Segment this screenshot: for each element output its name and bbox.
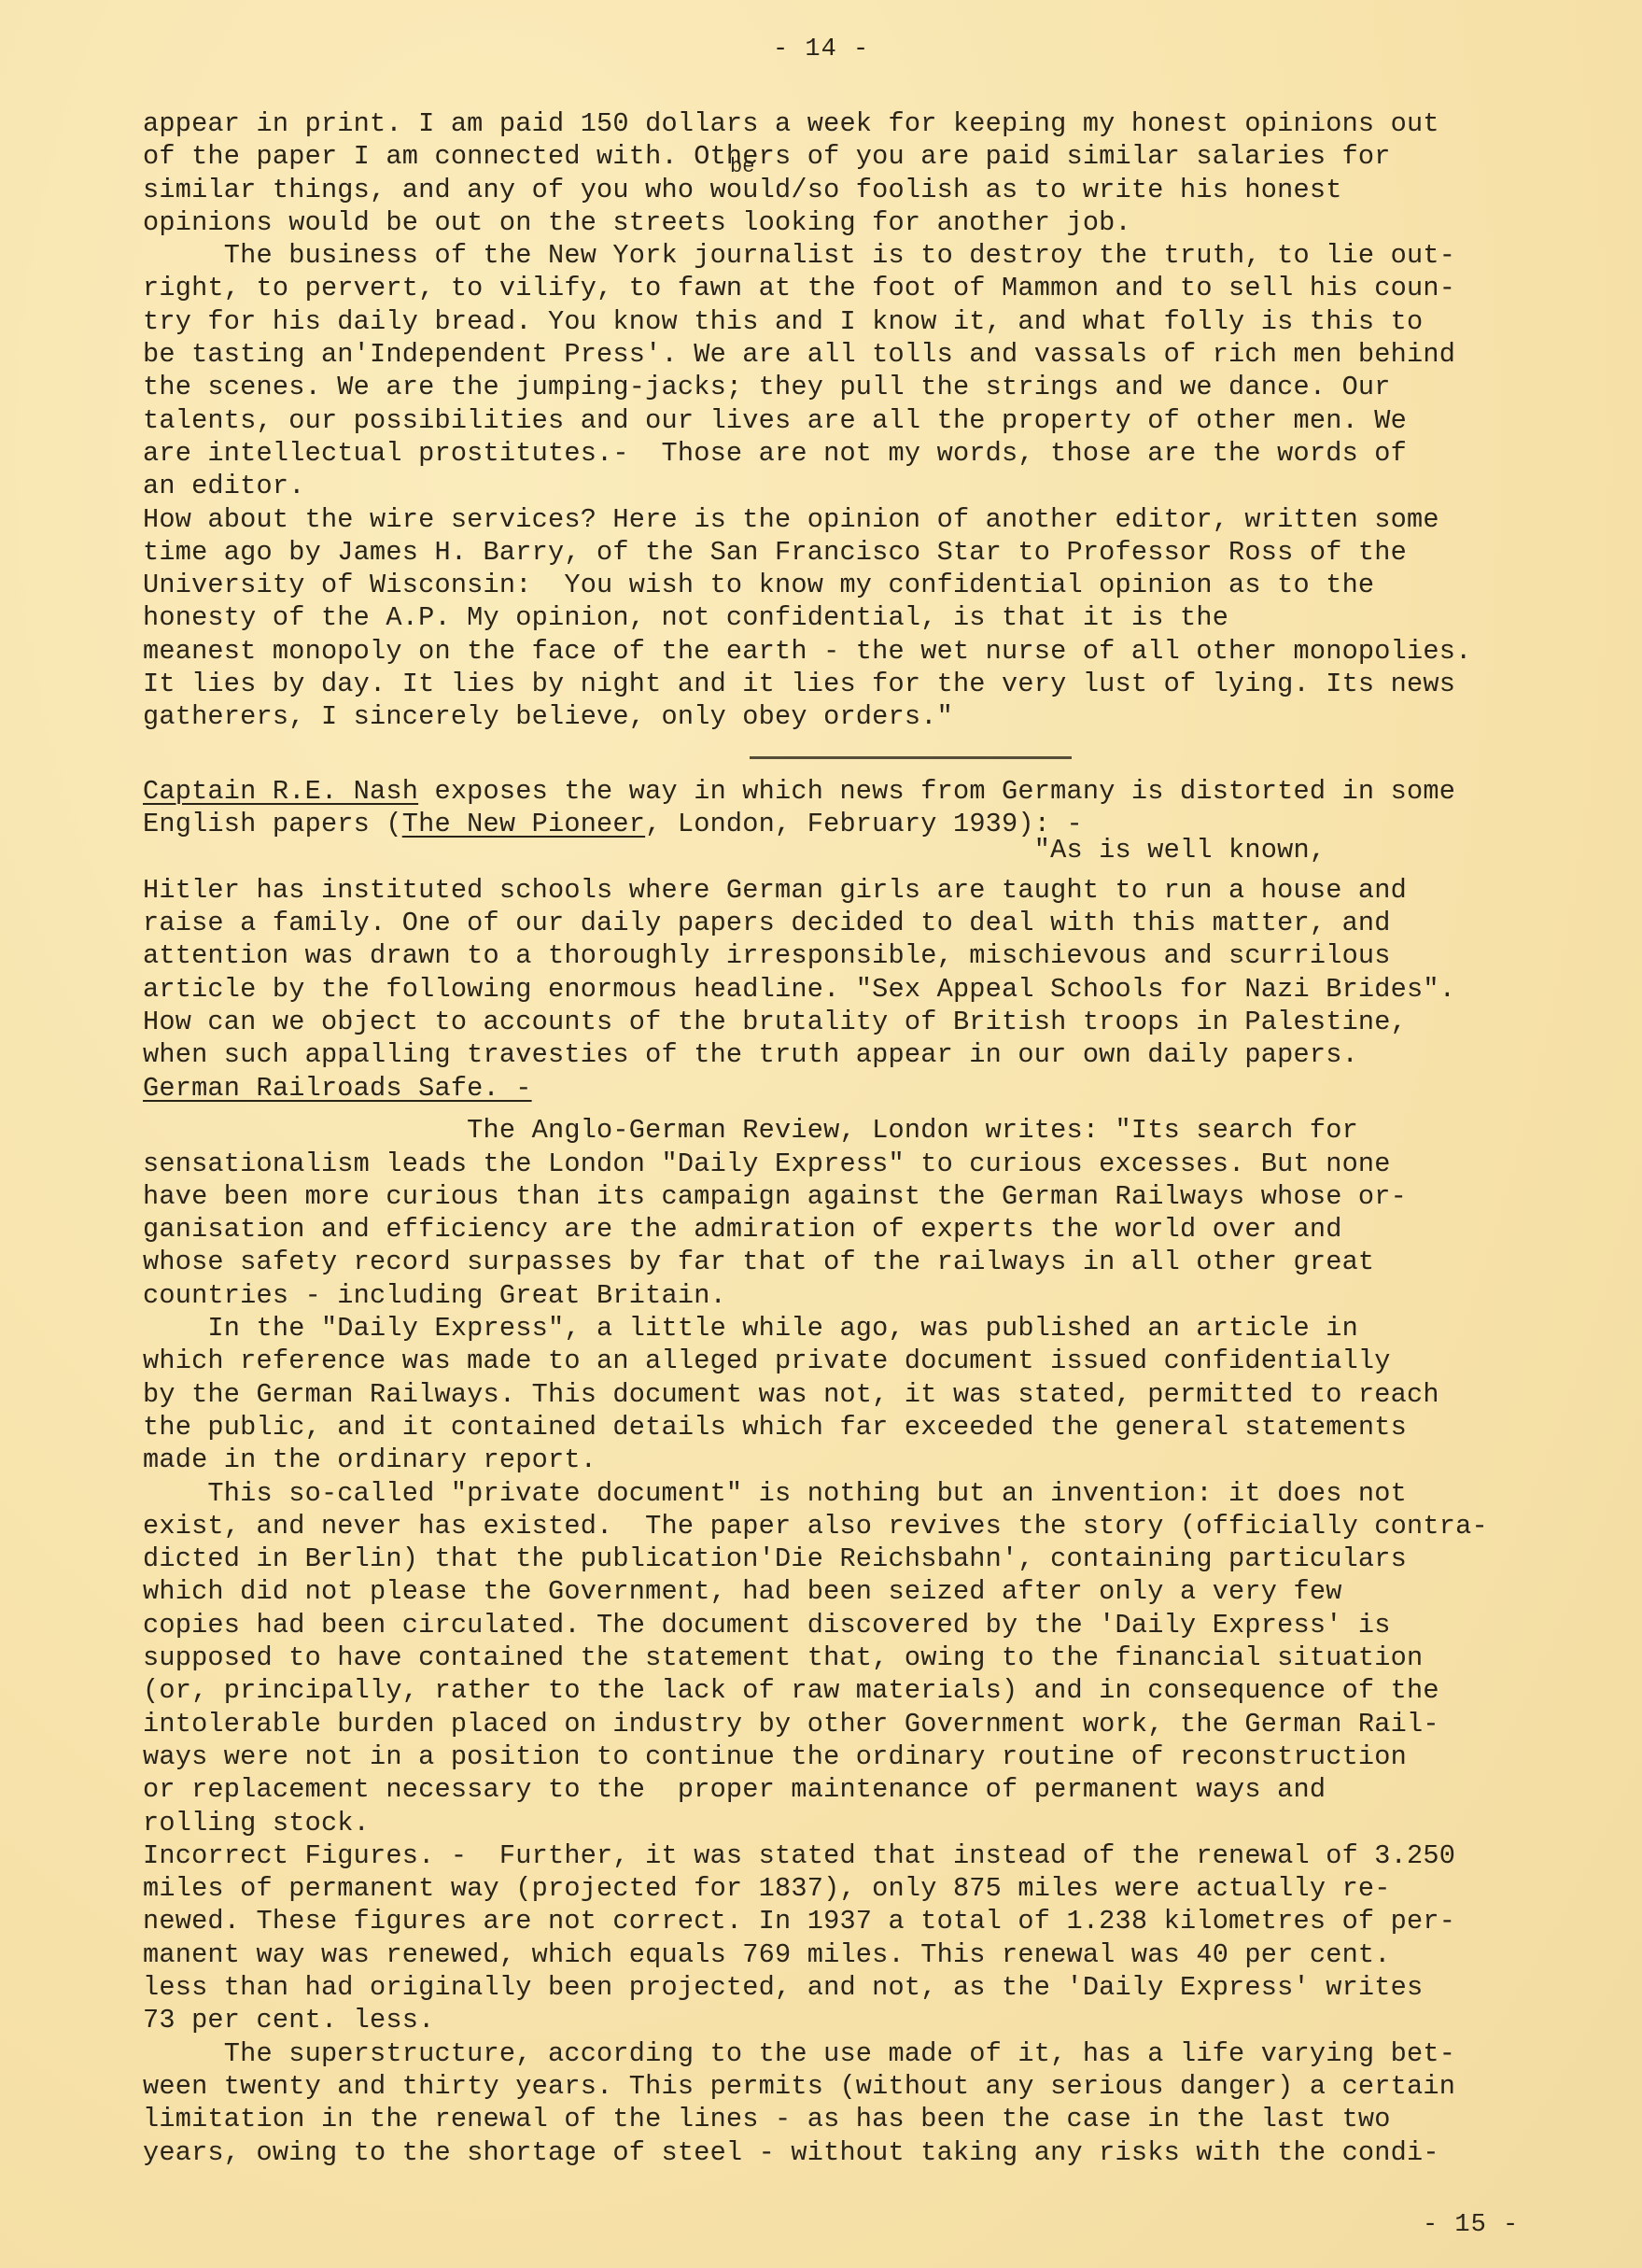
text-line: newed. These figures are not correct. In… (143, 1905, 1599, 1937)
text-line: Incorrect Figures. - Further, it was sta… (143, 1839, 1599, 1872)
text-line: copies had been circulated. The document… (143, 1609, 1599, 1641)
heading-german-railroads: German Railroads Safe. - (143, 1073, 532, 1104)
text-line: which reference was made to an alleged p… (143, 1345, 1599, 1377)
text-line: time ago by James H. Barry, of the San F… (143, 536, 1599, 569)
text-line: The superstructure, according to the use… (143, 2037, 1599, 2070)
text-line: dicted in Berlin) that the publication'D… (143, 1543, 1599, 1575)
text-line: try for his daily bread. You know this a… (143, 305, 1599, 338)
text-line: sensationalism leads the London "Daily E… (143, 1148, 1599, 1180)
text-line: The Anglo-German Review, London writes: … (143, 1114, 1599, 1147)
text-line: years, owing to the shortage of steel - … (143, 2136, 1599, 2169)
text-line: gatherers, I sincerely believe, only obe… (143, 700, 1599, 733)
text-line: ways were not in a position to continue … (143, 1740, 1599, 1773)
text-line: opinions would be out on the streets loo… (143, 206, 1599, 239)
page-number-top: - 14 - (773, 35, 869, 63)
text-line: article by the following enormous headli… (143, 973, 1599, 1006)
text-line: German Railroads Safe. - (143, 1072, 1599, 1105)
text-line: right, to pervert, to vilify, to fawn at… (143, 272, 1599, 304)
text-line: similar things, and any of you who would… (143, 174, 1599, 206)
page-number-bottom: - 15 - (1423, 2211, 1519, 2239)
text-line: an editor. (143, 470, 1599, 502)
text-line: manent way was renewed, which equals 769… (143, 1938, 1599, 1971)
text-line: or replacement necessary to the proper m… (143, 1773, 1599, 1806)
text-line-part: exposes the way in which news from Germa… (418, 776, 1455, 807)
text-line: appear in print. I am paid 150 dollars a… (143, 107, 1599, 140)
section-nash-article: Captain R.E. Nash exposes the way in whi… (143, 775, 1599, 1072)
text-line: whose safety record surpasses by far tha… (143, 1246, 1599, 1278)
text-line: less than had originally been projected,… (143, 1971, 1599, 2004)
heading-captain-nash: Captain R.E. Nash (143, 776, 418, 807)
text-line: made in the ordinary report. (143, 1444, 1599, 1476)
text-line: limitation in the renewal of the lines -… (143, 2103, 1599, 2135)
section-divider (750, 756, 1072, 759)
text-line: have been more curious than its campaign… (143, 1180, 1599, 1213)
text-line: Captain R.E. Nash exposes the way in whi… (143, 775, 1599, 808)
text-line: raise a family. One of our daily papers … (143, 907, 1599, 939)
text-line: "As is well known, (143, 834, 1599, 866)
text-line: In the "Daily Express", a little while a… (143, 1312, 1599, 1345)
text-line: rolling stock. (143, 1807, 1599, 1839)
text-line: be tasting an'Independent Press'. We are… (143, 338, 1599, 371)
section-german-railroads: German Railroads Safe. - The Anglo-Germa… (143, 1072, 1599, 2169)
text-line-part: similar things, and any of you who would… (143, 175, 1342, 205)
text-line: How can we object to accounts of the bru… (143, 1006, 1599, 1038)
text-line: honesty of the A.P. My opinion, not conf… (143, 601, 1599, 634)
text-line: supposed to have contained the statement… (143, 1641, 1599, 1674)
text-line: exist, and never has existed. The paper … (143, 1510, 1599, 1543)
text-line: talents, our possibilities and our lives… (143, 404, 1599, 437)
text-line: miles of permanent way (projected for 18… (143, 1872, 1599, 1905)
text-line: ween twenty and thirty years. This permi… (143, 2070, 1599, 2103)
text-line: The business of the New York journalist … (143, 239, 1599, 272)
interlinear-insert: be (730, 155, 754, 178)
text-line: This so-called "private document" is not… (143, 1477, 1599, 1510)
text-line: 73 per cent. less. (143, 2004, 1599, 2036)
text-line: (or, principally, rather to the lack of … (143, 1674, 1599, 1707)
text-line: meanest monopoly on the face of the eart… (143, 635, 1599, 668)
text-line: ganisation and efficiency are the admira… (143, 1213, 1599, 1246)
text-line: It lies by day. It lies by night and it … (143, 668, 1599, 700)
text-line: How about the wire services? Here is the… (143, 503, 1599, 536)
typewritten-document-page: - 14 - appear in print. I am paid 150 do… (0, 0, 1642, 2268)
text-line: intolerable burden placed on industry by… (143, 1708, 1599, 1740)
text-line: by the German Railways. This document wa… (143, 1378, 1599, 1411)
text-line: Hitler has instituted schools where Germ… (143, 874, 1599, 907)
text-line: which did not please the Government, had… (143, 1575, 1599, 1608)
text-line: are intellectual prostitutes.- Those are… (143, 437, 1599, 470)
text-line: the scenes. We are the jumping-jacks; th… (143, 371, 1599, 403)
text-line: the public, and it contained details whi… (143, 1411, 1599, 1444)
section-journalist-quote: appear in print. I am paid 150 dollars a… (143, 107, 1599, 734)
text-line: when such appalling travesties of the tr… (143, 1038, 1599, 1071)
text-line: University of Wisconsin: You wish to kno… (143, 569, 1599, 601)
text-line: attention was drawn to a thoroughly irre… (143, 939, 1599, 972)
text-line: countries - including Great Britain. (143, 1279, 1599, 1312)
text-line: of the paper I am connected with. Others… (143, 140, 1599, 173)
